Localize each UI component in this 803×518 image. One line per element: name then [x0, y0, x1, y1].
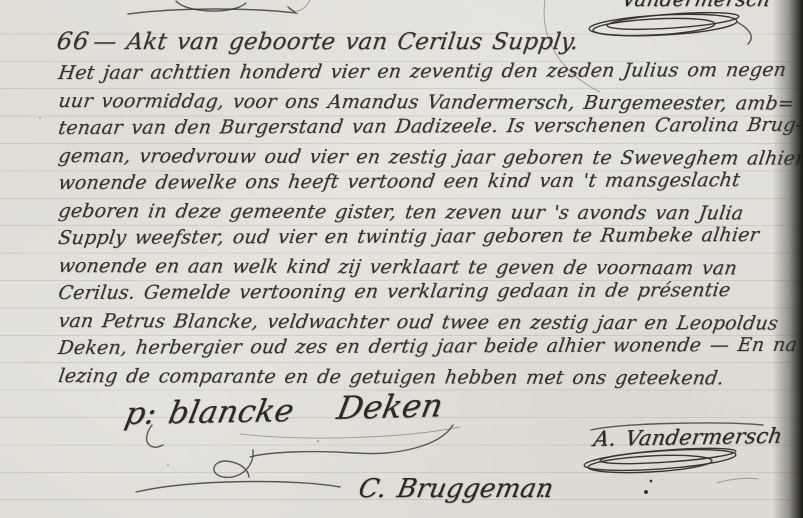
flourish-underline: [136, 482, 340, 492]
signature-top-partial: Vandermersch: [620, 0, 773, 11]
manuscript-line: geboren in deze gemeente gister, ten zev…: [57, 200, 745, 224]
document-scan: Vandermersch 66 — Akt van geboorte van C…: [0, 0, 803, 518]
act-number: 66: [55, 27, 91, 55]
manuscript-line: geman, vroedvrouw oud vier en zestig jaa…: [57, 145, 803, 170]
manuscript-line: Cerilus. Gemelde vertooning en verklarin…: [57, 279, 732, 304]
act-title-line: 66 — Akt van geboorte van Cerilus Supply…: [55, 27, 581, 55]
flourish-loop-nine: [214, 450, 253, 477]
flourish-vandermersch-oval: [588, 453, 713, 475]
flourish-top-right-oval: [607, 9, 740, 32]
flourish-deken-sweep: [250, 425, 453, 457]
manuscript-line: wonende en aan welk kind zij verklaart t…: [57, 255, 738, 279]
flourish-top-left-tail: [289, 0, 310, 11]
signature-vandermersch: A. Vandermersch: [592, 424, 784, 451]
flourish-top-right-oval: [589, 11, 738, 39]
manuscript-line: Deken, herbergier oud zes en dertig jaar…: [57, 334, 799, 359]
signature-blancke: p: blancke: [122, 393, 297, 432]
manuscript-line: Supply weefster, oud vier en twintig jaa…: [57, 224, 760, 249]
manuscript-line: tenaar van den Burgerstand van Dadizeele…: [57, 114, 803, 139]
manuscript-line: lezing de comparante en de getuigen hebb…: [57, 365, 725, 389]
flourish-top-right-oval: [593, 16, 716, 38]
signature-bruggeman: C. Bruggeman: [356, 474, 556, 504]
paper-speck: [317, 440, 320, 443]
flourish-top-right-tip: [737, 22, 751, 44]
ink-dot: [650, 480, 653, 483]
manuscript-line: wonende dewelke ons heeft vertoond een k…: [57, 169, 742, 194]
flourish-top-left-arc: [176, 1, 246, 11]
manuscript-line: van Petrus Blancke, veldwachter oud twee…: [57, 310, 779, 335]
flourish-scratch: [717, 478, 758, 483]
manuscript-line: uur voormiddag, voor ons Amandus Vanderm…: [57, 90, 796, 115]
ink-dot: [644, 490, 648, 494]
paper-speck: [167, 464, 169, 466]
act-title: Akt van geboorte van Cerilus Supply.: [125, 29, 580, 55]
paper-speck: [39, 117, 41, 119]
act-number-separator: —: [92, 29, 119, 55]
manuscript-line: Het jaar achttien honderd vier en zevent…: [57, 59, 788, 84]
signature-deken: Deken: [334, 386, 446, 427]
flourish-top-left-line: [128, 7, 296, 14]
